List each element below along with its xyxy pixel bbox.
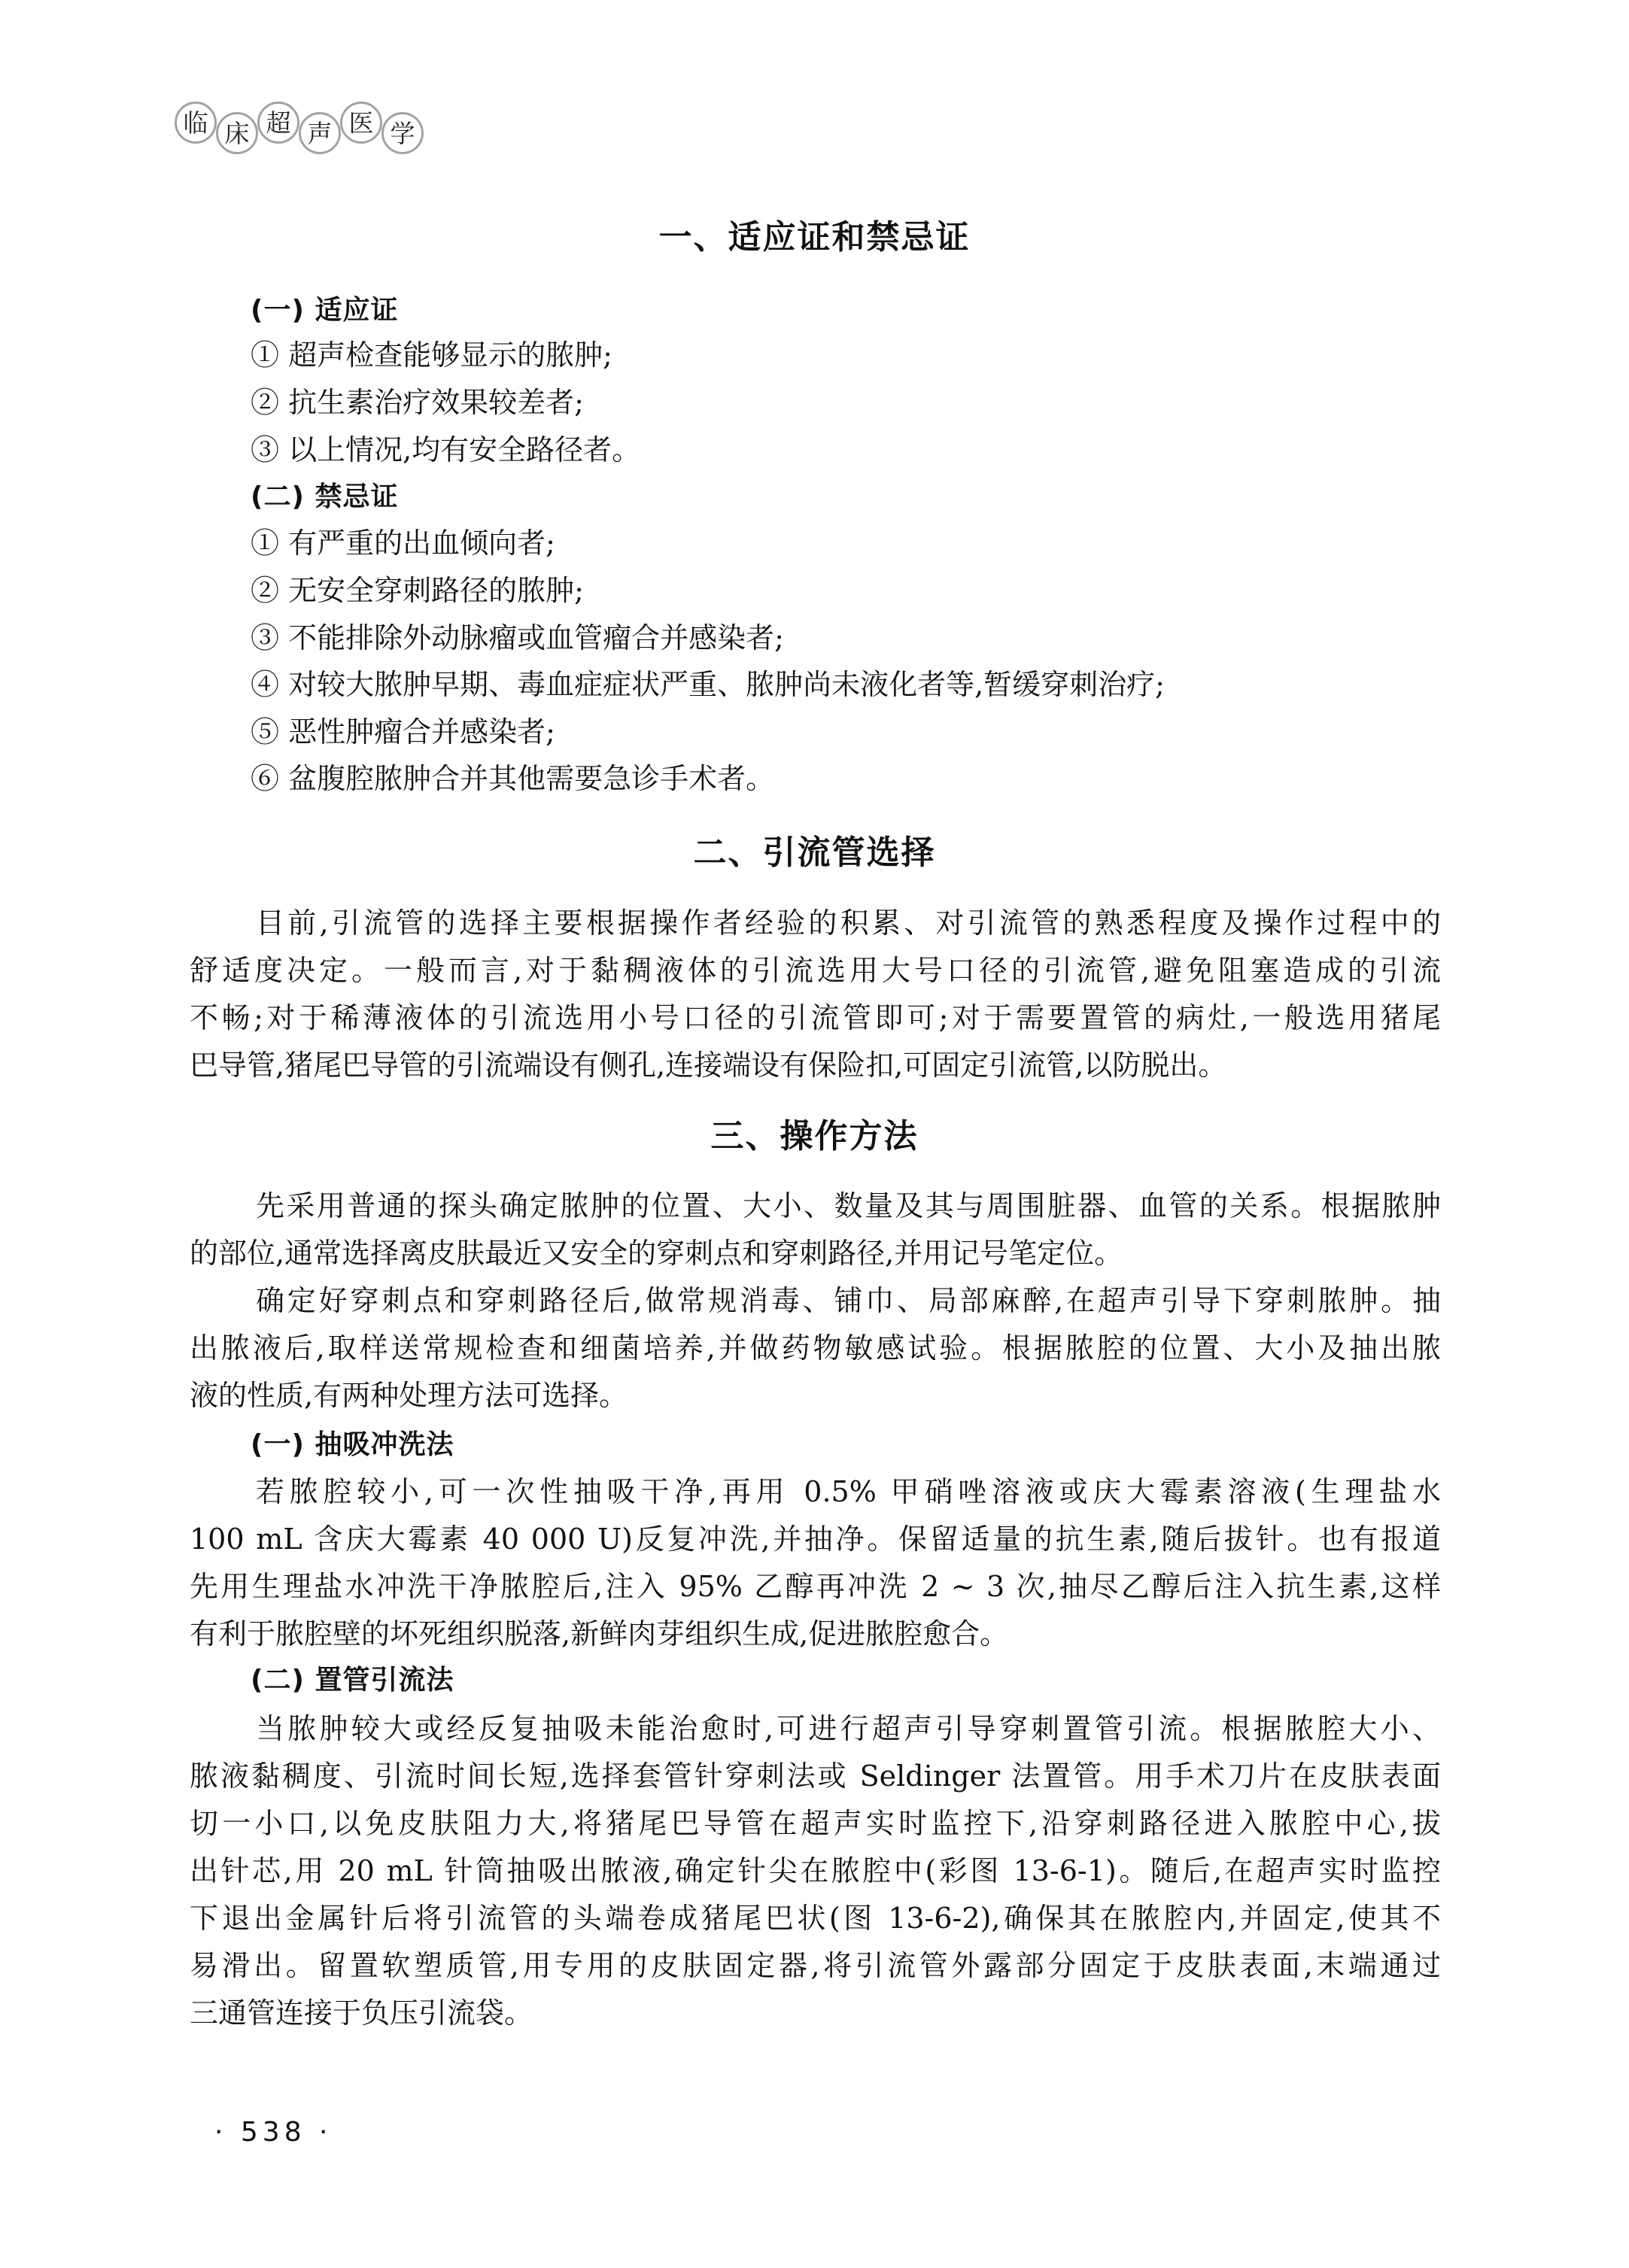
- section-title-drainage-tube-selection: 二、引流管选择: [0, 829, 1629, 876]
- paragraph-line: 先采用普通的探头确定脓肿的位置、大小、数量及其与周围脏器、血管的关系。根据脓肿: [256, 1183, 1441, 1230]
- page-number: · 538 ·: [214, 2114, 333, 2151]
- paragraph-line: 易滑出。留置软塑质管,用专用的皮肤固定器,将引流管外露部分固定于皮肤表面,末端通…: [190, 1942, 1441, 1990]
- paragraph-line: 液的性质,有两种处理方法可选择。: [190, 1372, 1441, 1419]
- section-title-indications-contraindications: 一、适应证和禁忌证: [0, 214, 1629, 261]
- paragraph-line: 先用生理盐水冲洗干净脓腔后,注入 95% 乙醇再冲洗 2 ~ 3 次,抽尽乙醇后…: [190, 1563, 1441, 1611]
- logo-char-circle: 床: [216, 112, 258, 154]
- paragraph-line: 有利于脓腔壁的坏死组织脱落,新鲜肉芽组织生成,促进脓腔愈合。: [190, 1611, 1441, 1658]
- paragraph-line: 100 mL 含庆大霉素 40 000 U)反复冲洗,并抽净。保留适量的抗生素,…: [190, 1516, 1441, 1563]
- subsection-heading-indications: (一) 适应证: [251, 287, 398, 334]
- section-title-operation-method: 三、操作方法: [0, 1113, 1629, 1160]
- paragraph-line: 不畅;对于稀薄液体的引流选用小号口径的引流管即可;对于需要置管的病灶,一般选用猪…: [190, 994, 1441, 1042]
- paragraph-line: 的部位,通常选择离皮肤最近又安全的穿刺点和穿刺路径,并用记号笔定位。: [190, 1230, 1441, 1277]
- list-item: ③ 不能排除外动脉瘤或血管瘤合并感染者;: [251, 615, 784, 662]
- paragraph-line: 巴导管,猪尾巴导管的引流端设有侧孔,连接端设有保险扣,可固定引流管,以防脱出。: [190, 1042, 1441, 1089]
- paragraph-line: 出针芯,用 20 mL 针筒抽吸出脓液,确定针尖在脓腔中(彩图 13-6-1)。…: [190, 1847, 1441, 1895]
- list-item: ① 有严重的出血倾向者;: [251, 520, 555, 567]
- paragraph-line: 确定好穿刺点和穿刺路径后,做常规消毒、铺巾、局部麻醉,在超声引导下穿刺脓肿。抽: [256, 1277, 1441, 1325]
- subsection-heading-catheter-drainage: (二) 置管引流法: [251, 1656, 454, 1704]
- list-item: ③ 以上情况,均有安全路径者。: [251, 427, 640, 474]
- paragraph-line: 出脓液后,取样送常规检查和细菌培养,并做药物敏感试验。根据脓腔的位置、大小及抽出…: [190, 1325, 1441, 1372]
- paragraph-line: 切一小口,以免皮肤阻力大,将猪尾巴导管在超声实时监控下,沿穿刺路径进入脓腔中心,…: [190, 1800, 1441, 1847]
- logo-char-circle: 医: [340, 102, 382, 144]
- list-item: ② 抗生素治疗效果较差者;: [251, 379, 584, 427]
- list-item: ④ 对较大脓肿早期、毒血症症状严重、脓肿尚未液化者等,暂缓穿刺治疗;: [251, 661, 1165, 709]
- paragraph-line: 当脓肿较大或经反复抽吸未能治愈时,可进行超声引导穿刺置管引流。根据脓腔大小、: [256, 1705, 1441, 1753]
- paragraph-line: 目前,引流管的选择主要根据操作者经验的积累、对引流管的熟悉程度及操作过程中的: [256, 900, 1441, 947]
- paragraph-line: 舒适度决定。一般而言,对于黏稠液体的引流选用大号口径的引流管,避免阻塞造成的引流: [190, 947, 1441, 994]
- paragraph-line: 下退出金属针后将引流管的头端卷成猪尾巴状(图 13-6-2),确保其在脓腔内,并…: [190, 1895, 1441, 1942]
- logo-char-circle: 临: [175, 102, 217, 144]
- list-item: ⑤ 恶性肿瘤合并感染者;: [251, 709, 555, 756]
- subsection-heading-aspiration-irrigation: (一) 抽吸冲洗法: [251, 1421, 454, 1468]
- paragraph-line: 若脓腔较小,可一次性抽吸干净,再用 0.5% 甲硝唑溶液或庆大霉素溶液(生理盐水: [256, 1468, 1441, 1516]
- paragraph-line: 脓液黏稠度、引流时间长短,选择套管针穿刺法或 Seldinger 法置管。用手术…: [190, 1753, 1441, 1800]
- logo-char-circle: 学: [381, 112, 424, 154]
- logo-char-circle: 超: [257, 102, 299, 144]
- logo-char-circle: 声: [299, 112, 341, 154]
- list-item: ② 无安全穿刺路径的脓肿;: [251, 567, 584, 615]
- list-item: ⑥ 盆腹腔脓肿合并其他需要急诊手术者。: [251, 755, 774, 803]
- list-item: ① 超声检查能够显示的脓肿;: [251, 332, 612, 379]
- book-title-logo: 临 床 超 声 医 学: [0, 0, 451, 173]
- subsection-heading-contraindications: (二) 禁忌证: [251, 473, 398, 521]
- paragraph-line: 三通管连接于负压引流袋。: [190, 1990, 1441, 2037]
